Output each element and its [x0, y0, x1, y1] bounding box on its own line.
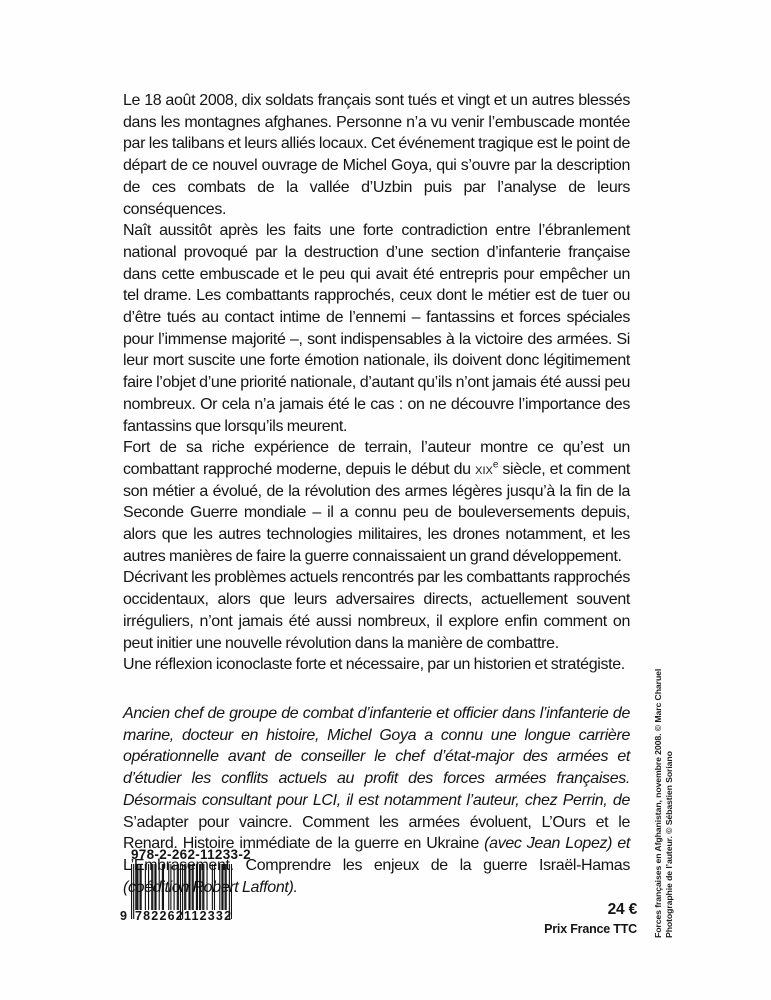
synopsis-paragraph-2: Naît aussitôt après les faits une forte …	[123, 220, 630, 437]
barcode-digits: 9 782262 112332	[131, 909, 232, 924]
barcode-digits-group2: 112332	[184, 909, 225, 923]
photo-credits: Forces françaises en Afghanistan, novemb…	[653, 638, 675, 938]
synopsis-paragraph-3: Fort de sa riche expérience de terrain, …	[123, 437, 630, 567]
synopsis-paragraph-1: Le 18 août 2008, dix soldats français so…	[123, 90, 630, 220]
price-block: 24 € Prix France TTC	[544, 901, 637, 936]
photo-credit-line2: Photographie de l’auteur. © Sébastien So…	[664, 638, 675, 938]
synopsis-block: Le 18 août 2008, dix soldats français so…	[123, 90, 630, 898]
price-amount: 24 €	[544, 901, 637, 919]
book-back-cover: Le 18 août 2008, dix soldats français so…	[0, 0, 771, 1000]
photo-credit-line1: Forces françaises en Afghanistan, novemb…	[653, 638, 664, 938]
synopsis-paragraph-4: Décrivant les problèmes actuels rencontr…	[123, 567, 630, 654]
barcode-digit-leading: 9	[120, 909, 127, 923]
isbn-label: 978-2-262-11233-2	[131, 847, 232, 862]
price-label: Prix France TTC	[544, 922, 637, 936]
barcode-block: 978-2-262-11233-2 9 782262 112332	[131, 847, 232, 924]
barcode-digits-group1: 782262	[135, 909, 176, 923]
synopsis-paragraph-5: Une réflexion iconoclaste forte et néces…	[123, 654, 630, 676]
